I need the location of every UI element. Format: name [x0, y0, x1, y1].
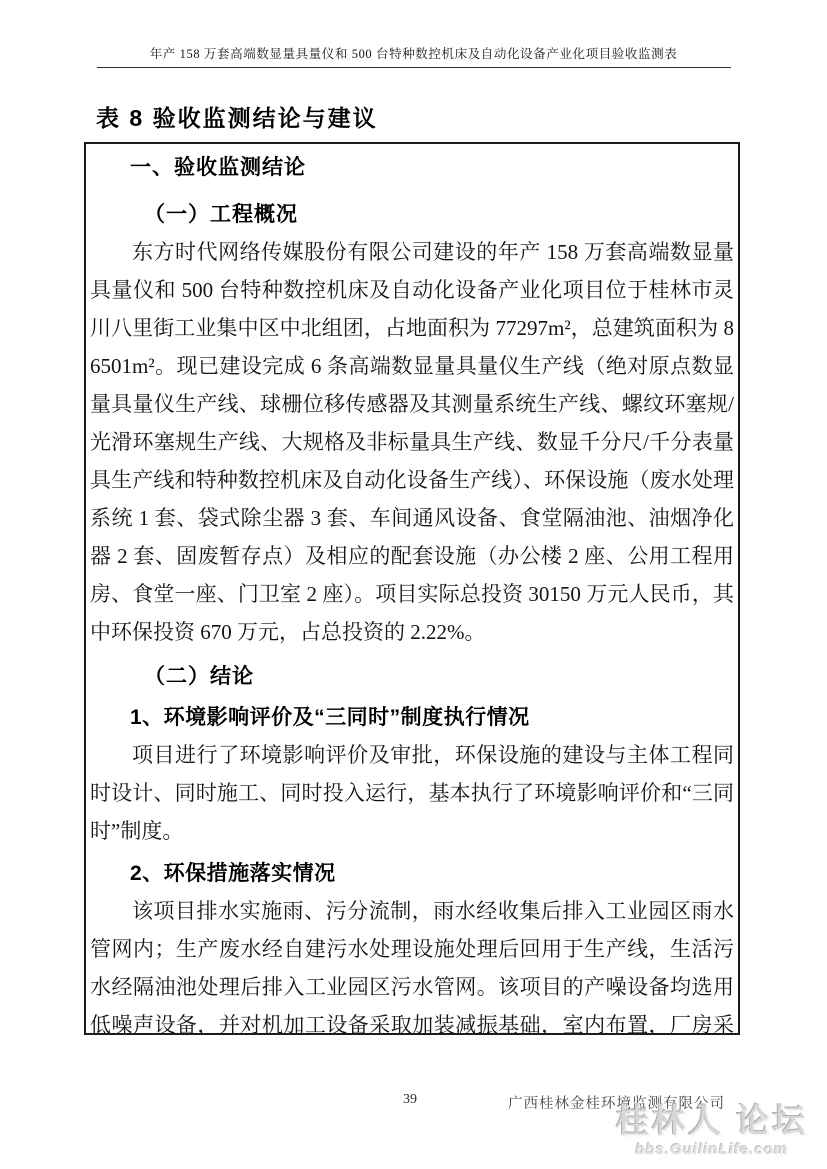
- running-header-title: 年产 158 万套高端数显量具量仪和 500 台特种数控机床及自动化设备产业化项…: [0, 44, 827, 62]
- content-box: 一、验收监测结论 （一）工程概况 东方时代网络传媒股份有限公司建设的年产 158…: [84, 142, 740, 1035]
- page-title: 表 8 验收监测结论与建议: [96, 100, 378, 133]
- page-number: 39: [403, 1092, 417, 1108]
- footer-company-name: 广西桂林金桂环境监测有限公司: [508, 1092, 725, 1113]
- subsection-heading-project-overview: （一）工程概况: [144, 201, 734, 228]
- paragraph-project-overview: 东方时代网络传媒股份有限公司建设的年产 158 万套高端数显量具量仪和 500 …: [90, 233, 734, 651]
- item-heading-eia-compliance: 1、环境影响评价及“三同时”制度执行情况: [130, 704, 734, 731]
- paragraph-env-measures: 该项目排水实施雨、污分流制，雨水经收集后排入工业园区雨水管网内；生产废水经自建污…: [90, 892, 734, 1035]
- subsection-heading-result: （二）结论: [144, 663, 734, 690]
- watermark-url-text: bbs.GuilinLife.com: [603, 1141, 821, 1158]
- section-heading-conclusion: 一、验收监测结论: [130, 154, 734, 181]
- document-page: 年产 158 万套高端数显量具量仪和 500 台特种数控机床及自动化设备产业化项…: [0, 0, 827, 1169]
- paragraph-eia-compliance: 项目进行了环境影响评价及审批，环保设施的建设与主体工程同时设计、同时施工、同时投…: [90, 736, 734, 850]
- header-divider: [97, 67, 731, 68]
- item-heading-env-measures: 2、环保措施落实情况: [130, 860, 734, 887]
